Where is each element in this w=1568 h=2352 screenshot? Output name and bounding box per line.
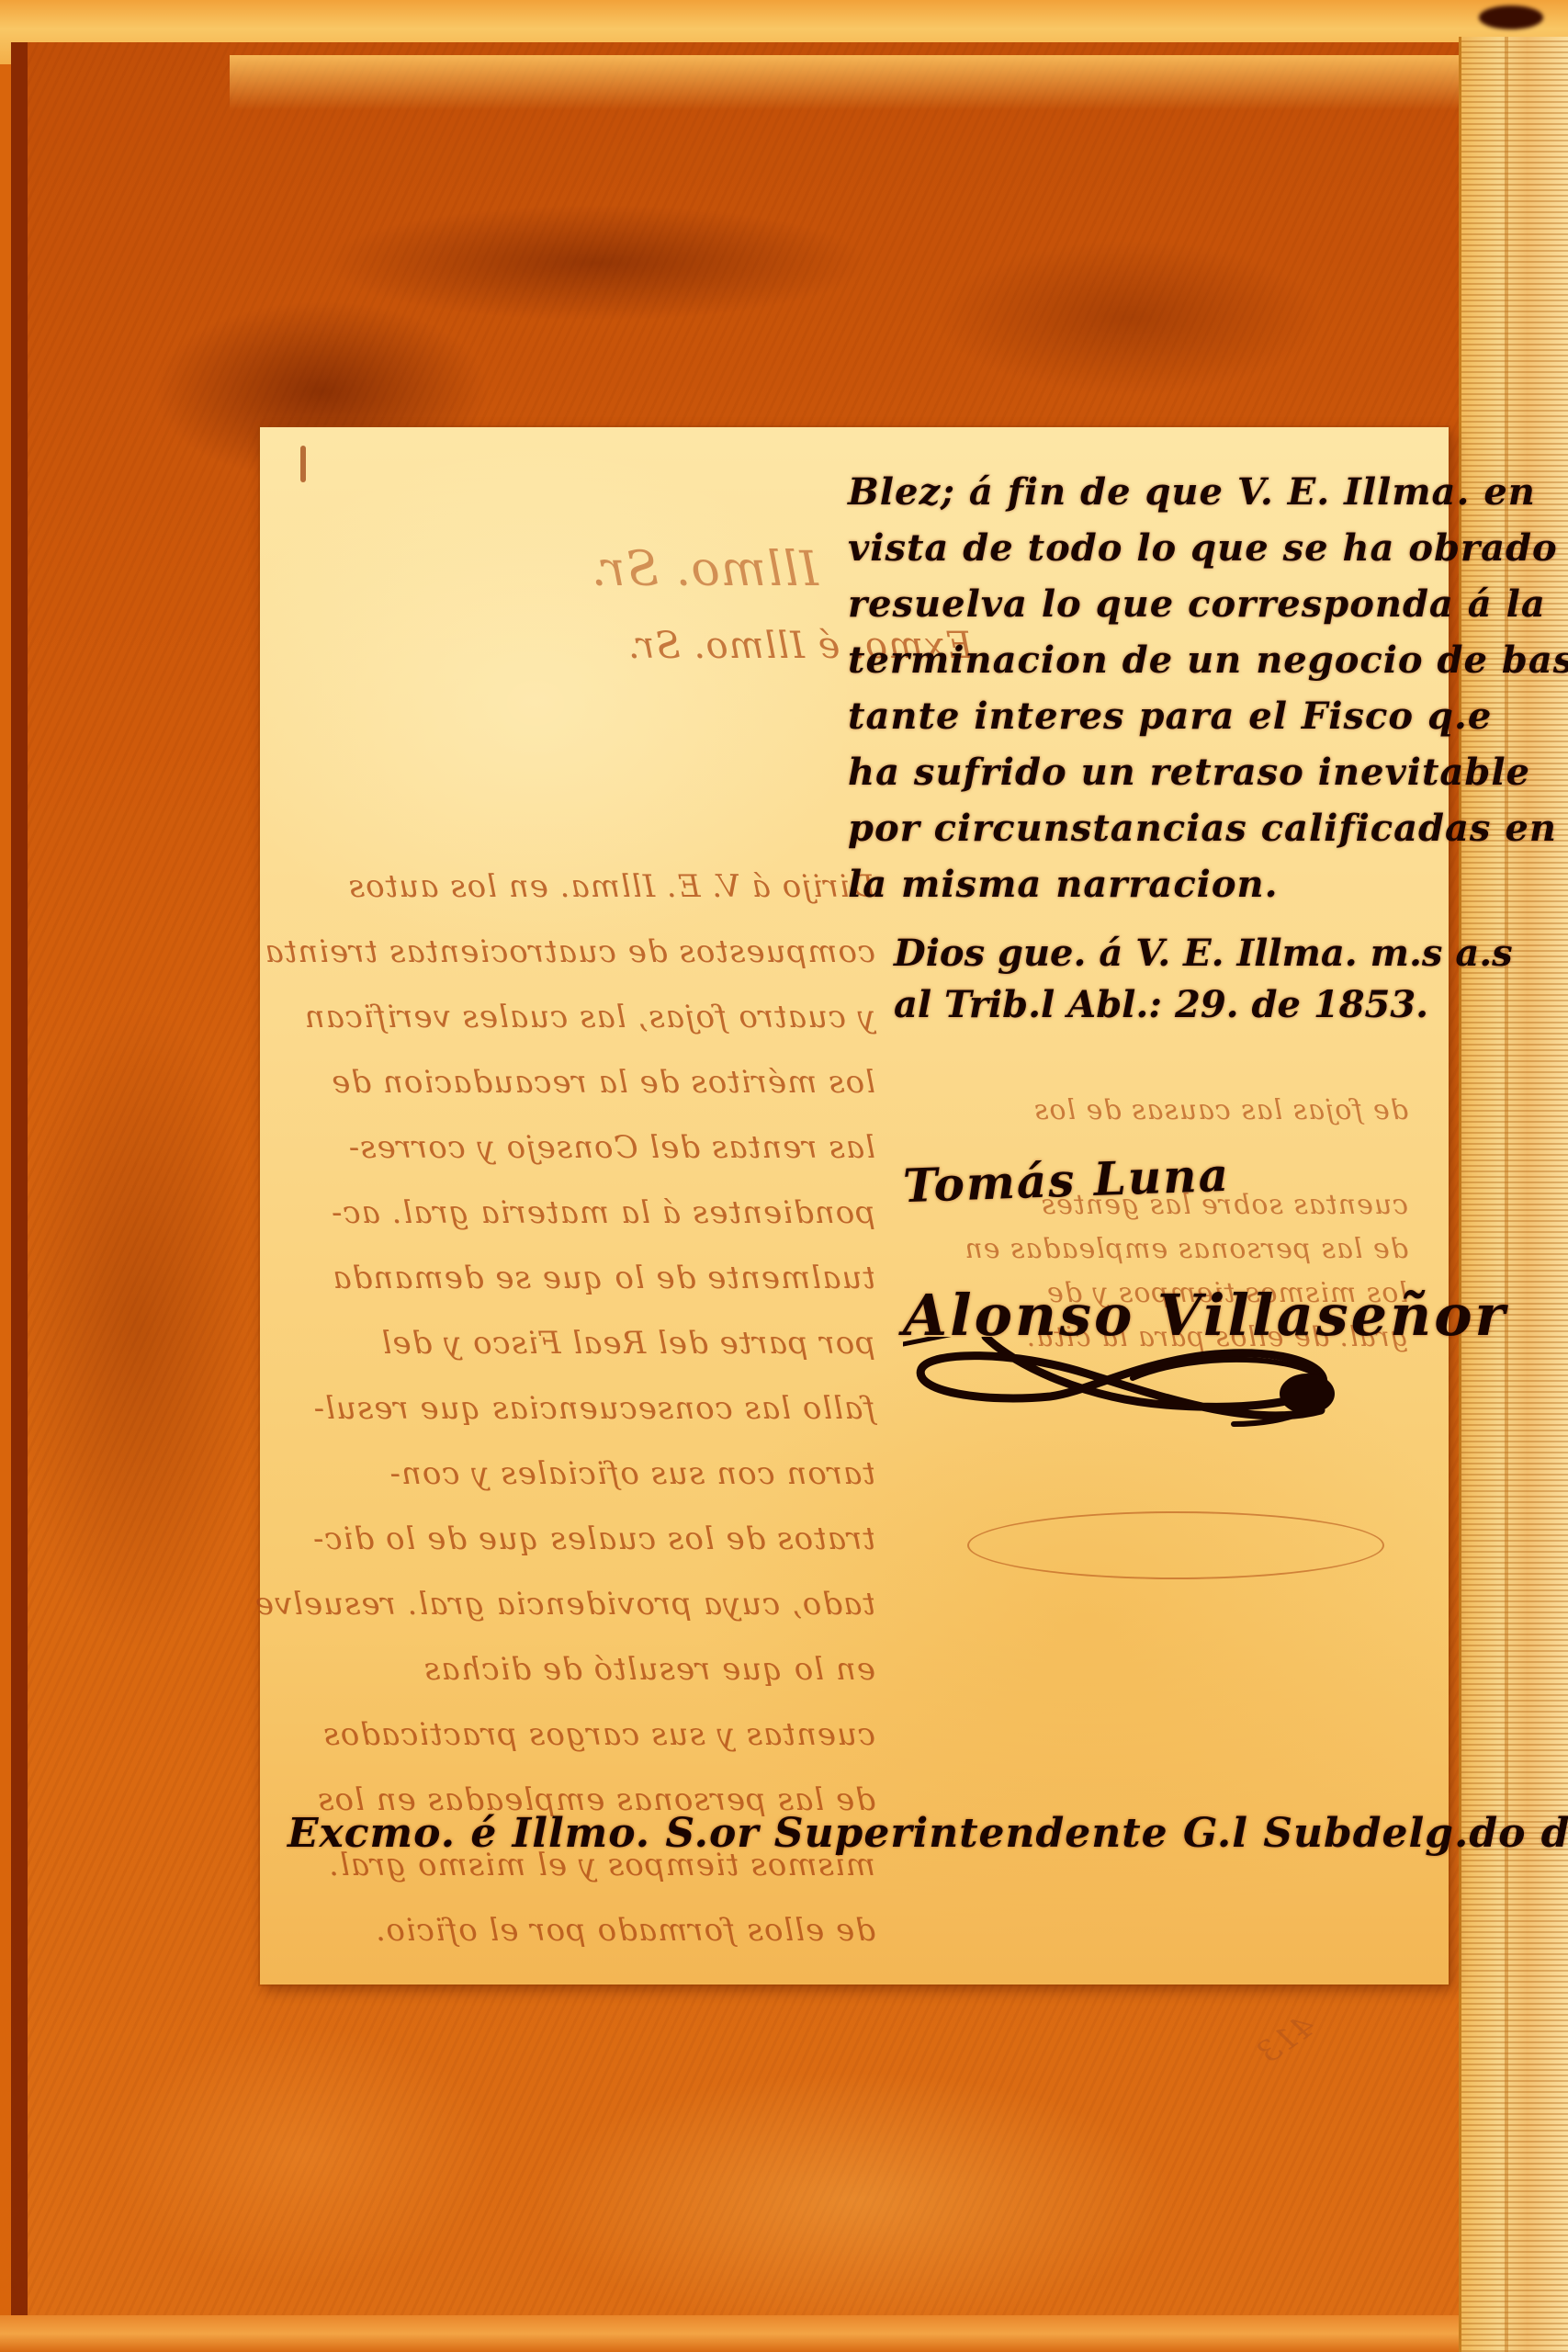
bleed-rubric-flourish bbox=[967, 1511, 1384, 1579]
bleed-line: por parte del Real Fisco y del bbox=[269, 1311, 875, 1376]
bleed-line: pondientes á la materia gral. ac- bbox=[269, 1181, 875, 1246]
rubric-flourish-icon bbox=[903, 1337, 1362, 1465]
book-spine-cloth bbox=[1459, 37, 1568, 2352]
addressee-footer-line: Excmo. é Illmo. S.or Superintendente G.l… bbox=[288, 1810, 1568, 1857]
bleed-line: taron con sus oficiales y con- bbox=[269, 1442, 875, 1507]
book-bottom-edge bbox=[0, 2315, 1568, 2352]
bleed-line: Dirijo á V. E. Illma. en los autos bbox=[269, 854, 875, 920]
board-light-reflection bbox=[230, 55, 1470, 110]
body-line: Blez; á fin de que V. E. Illma. en bbox=[848, 464, 1568, 520]
ink-blot bbox=[1479, 6, 1543, 29]
closing-date-line: al Trib.l Abl.: 29. de 1853. bbox=[894, 979, 1513, 1031]
bleed-heading: Illmo. Sr. bbox=[591, 542, 818, 597]
bleed-line: tratos de los cuales que de lo dic- bbox=[269, 1507, 875, 1572]
body-line: terminacion de un negocio de bas- bbox=[848, 632, 1568, 688]
bleed-line: tado, cuya providencia gral. resuelve bbox=[269, 1572, 875, 1637]
bleed-line: de fojas las causas de los bbox=[894, 1089, 1408, 1133]
bleed-left-column: Dirijo á V. E. Illma. en los autos compu… bbox=[269, 854, 875, 1963]
bleed-line: cuentas y sus cargos practicados bbox=[269, 1702, 875, 1768]
bleed-line: fallo las consecuencias que resul- bbox=[269, 1376, 875, 1442]
bleed-line: los méritos de la recaudacion de bbox=[269, 1050, 875, 1115]
letter-sheet: Illmo. Sr. Exmo. é Illmo. Sr. Dirijo á V… bbox=[260, 427, 1449, 1984]
bleed-line: y cuatro fojas, las cuales verifican bbox=[269, 985, 875, 1050]
bleed-line: tualmente de lo que se demanda bbox=[269, 1246, 875, 1311]
spine-seam bbox=[1505, 37, 1508, 2352]
body-line: ha sufrido un retraso inevitable bbox=[848, 744, 1568, 800]
bleed-line: compuestos de cuatrocientas treinta bbox=[269, 920, 875, 985]
body-line: vista de todo lo que se ha obrado bbox=[848, 520, 1568, 576]
closing-formula: Dios gue. á V. E. Illma. m.s a.s al Trib… bbox=[894, 928, 1513, 1031]
body-line: por circunstancias calificadas en bbox=[848, 800, 1568, 856]
book-scene: Illmo. Sr. Exmo. é Illmo. Sr. Dirijo á V… bbox=[0, 0, 1568, 2352]
closing-line: Dios gue. á V. E. Illma. m.s a.s bbox=[894, 928, 1513, 979]
letter-body: Blez; á fin de que V. E. Illma. en vista… bbox=[848, 464, 1568, 912]
body-line: tante interes para el Fisco q.e bbox=[848, 688, 1568, 744]
bleed-line: de las personas empleadas en bbox=[894, 1227, 1408, 1272]
bleed-line: en lo que resultó de dichas bbox=[269, 1637, 875, 1702]
bleed-line: las rentas del Consejo y corres- bbox=[269, 1115, 875, 1181]
body-line: resuelva lo que corresponda á la bbox=[848, 576, 1568, 632]
body-line: la misma narracion. bbox=[848, 856, 1568, 912]
signature-first: Tomás Luna bbox=[902, 1148, 1231, 1213]
sheet-edge-mark bbox=[300, 446, 306, 482]
bleed-line: de ellos formado por el oficio. bbox=[269, 1898, 875, 1963]
